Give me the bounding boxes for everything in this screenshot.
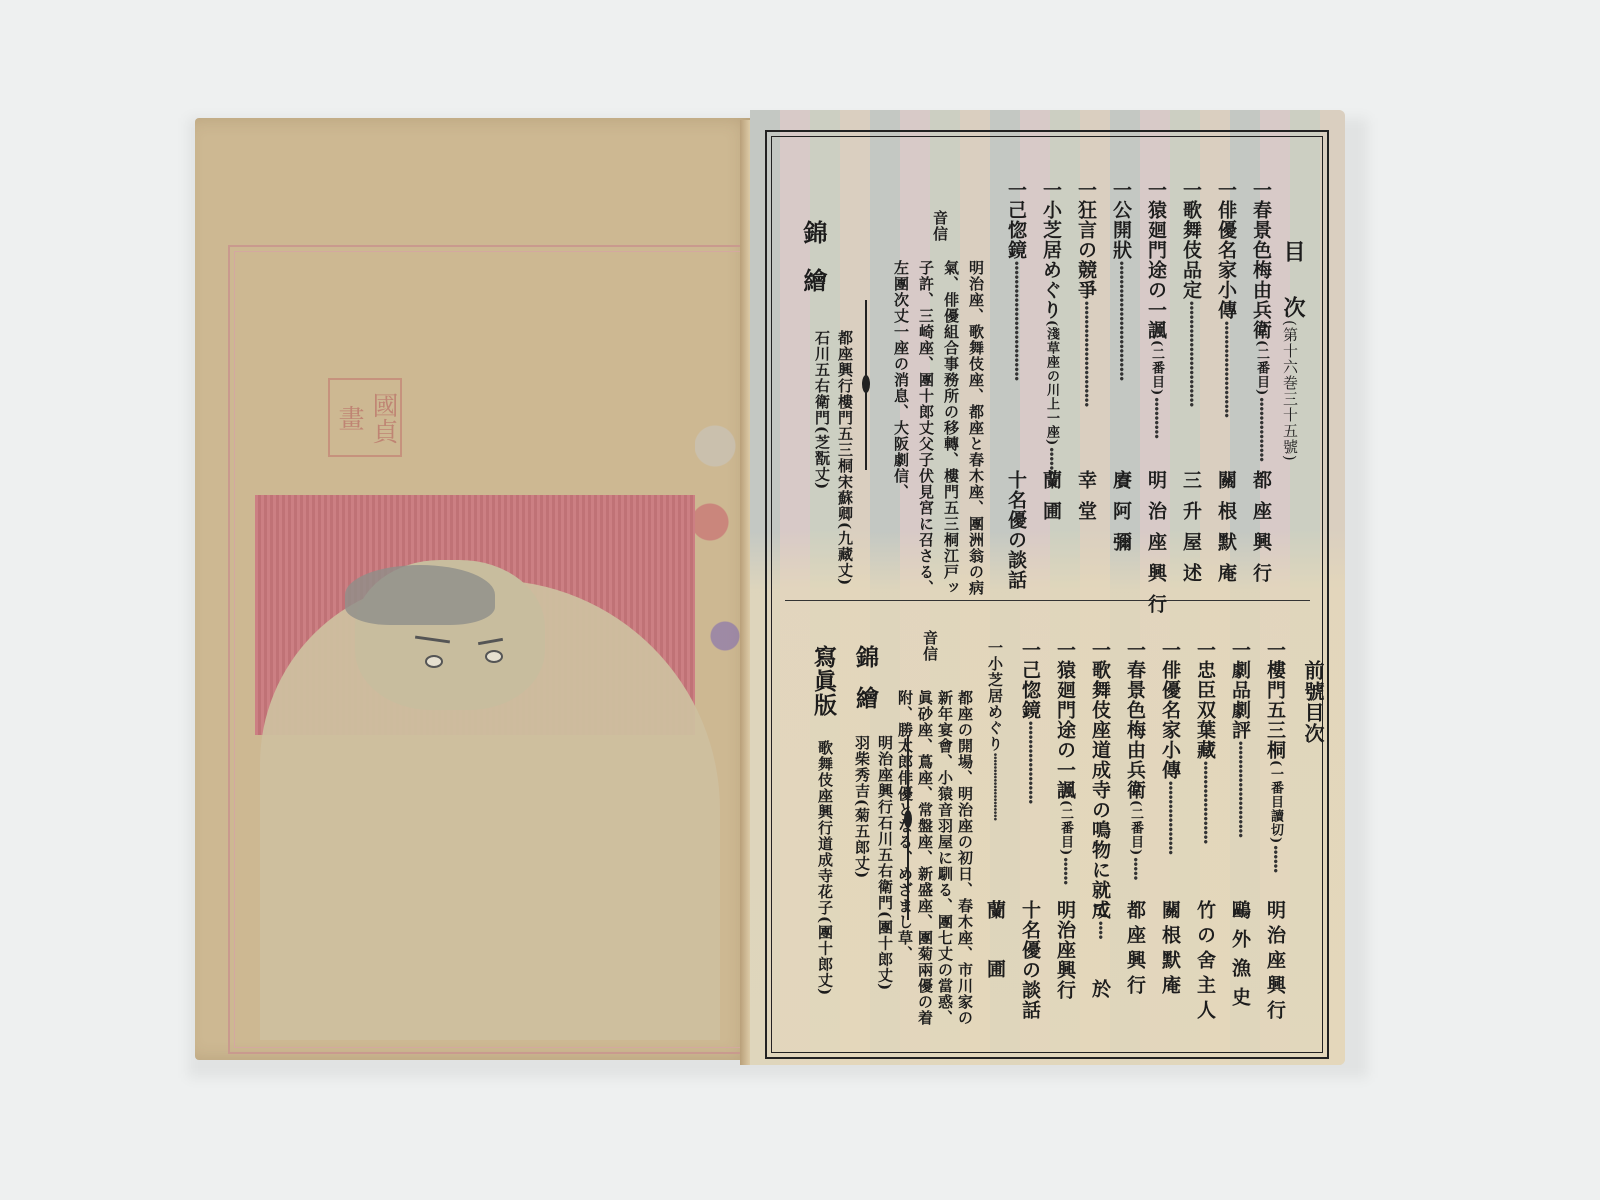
prev-toc-entry-source: 竹の舍主人: [1192, 900, 1218, 1025]
prev-toc-title: 前號目次: [1300, 660, 1326, 744]
prev-toc-entry-source: 成於: [1087, 900, 1113, 1058]
toc-entry-source: 十名優の談話: [1003, 470, 1029, 590]
prev-news-label: 音信: [920, 630, 940, 662]
toc-entry: 一猿廻門途の一諷(二番目)·········: [1143, 180, 1169, 438]
prev-toc-entry: 一俳優名家小傳················: [1157, 640, 1183, 854]
prev-toc-entry-source: 明治座興行: [1052, 900, 1078, 1000]
prev-toc-entry-source: 鷗外漁史: [1227, 900, 1253, 1016]
photo-label: 寫眞版: [810, 645, 836, 717]
toc-entry-source: 關根默庵: [1213, 470, 1239, 594]
prev-news-line: 新年宴會、小猿音羽屋に馴る、團七丈の當惑、: [935, 690, 955, 1026]
prev-toc-entry: 一猿廻門途の一諷(二番目)······: [1052, 640, 1078, 884]
prev-toc-entry: 一歌舞伎座道成寺の鳴物に就て····: [1087, 640, 1113, 938]
prev-nishikie-line: 羽柴秀吉(菊五郎丈): [852, 735, 872, 879]
prev-news-line: 都座の開場、明治座の初日、春木座、市川家の: [955, 690, 975, 1026]
prev-toc-entry: 一春景色梅由兵衛(二番目)·····: [1122, 640, 1148, 879]
issue-note: (第十六巻三十五號): [1280, 320, 1300, 462]
ornament-knot: [862, 375, 870, 393]
photo-line: 歌舞伎座興行道成寺花子(團十郎丈): [815, 740, 835, 996]
eye-left: [425, 655, 443, 668]
toc-entry-source: 都座興行: [1248, 470, 1274, 594]
toc-entry: 一狂言の競爭·······················: [1073, 180, 1099, 406]
prev-toc-entry: 一己惚鏡··················: [1017, 640, 1043, 803]
toc-entry-source: 幸堂: [1073, 470, 1099, 532]
section-divider: [785, 600, 1310, 601]
nishikie-label: 錦繪: [800, 220, 826, 316]
toc-entry: 一春景色梅由兵衛(二番目)··············: [1248, 180, 1274, 461]
news-line: 子許、三崎座、團十郎丈父子伏見宮に召さる、: [916, 260, 936, 596]
prev-news-line: 眞砂座、蔦座、常盤座、新盛座、團菊兩優の着: [915, 690, 935, 1026]
prev-toc-entry: 一忠臣双葉藏··················: [1192, 640, 1218, 843]
prev-ornament-knot: [904, 810, 912, 828]
prev-toc-entry-source: 十名優の談話: [1017, 900, 1043, 1020]
toc-entry-source: 明治座興行: [1143, 470, 1169, 625]
toc-entry: 一歌舞伎品定·······················: [1178, 180, 1204, 406]
toc-entry: 一己惚鏡··························: [1003, 180, 1029, 380]
nishikie-line: 都座興行樓門五三桐宋蘇卿(九藏丈): [835, 330, 855, 586]
flower-decoration: [695, 370, 745, 750]
toc-entry-source: 三升屋述: [1178, 470, 1204, 594]
toc-entry-source: 蘭圃: [1038, 470, 1064, 532]
prev-toc-entry-source: 明治座興行: [1262, 900, 1288, 1025]
actor-hair: [345, 565, 495, 625]
prev-nishikie-line: 明治座興行石川五右衛門(團十郎丈): [875, 735, 895, 991]
news-label: 音信: [930, 210, 950, 242]
eye-right: [485, 650, 503, 663]
nishikie-line: 石川五右衛門(芝翫丈): [812, 330, 832, 490]
prev-nishikie-label: 錦繪: [852, 645, 878, 727]
prev-toc-entry: 一劇品劇評·····················: [1227, 640, 1253, 837]
prev-toc-entry-source: 蘭圃: [982, 900, 1008, 1018]
toc-entry: 一小芝居めぐり(淺草座の川上一座)······: [1038, 180, 1064, 474]
news-line: 左團次丈一座の消息、大阪劇信、: [891, 260, 911, 500]
toc-entry-source: 賡阿彌: [1108, 470, 1134, 563]
artist-seal: 國貞畫: [328, 378, 402, 457]
prev-toc-entry-source: 都座興行: [1122, 900, 1148, 1000]
toc-entry: 一俳優名家小傳·····················: [1213, 180, 1239, 417]
news-line: 明治座、歌舞伎座、都座と春木座、團洲翁の病: [966, 260, 986, 596]
toc-entry: 一公開狀··························: [1108, 180, 1134, 380]
news-line: 氣、俳優組合事務所の移轉、樓門五三桐江戸ッ: [941, 260, 961, 596]
prev-toc-entry-source: 關根默庵: [1157, 900, 1183, 1000]
prev-toc-entry: 一小芝居めぐり·····················: [982, 640, 1008, 820]
prev-toc-entry: 一樓門五三桐(一番目讀切)······: [1262, 640, 1288, 872]
